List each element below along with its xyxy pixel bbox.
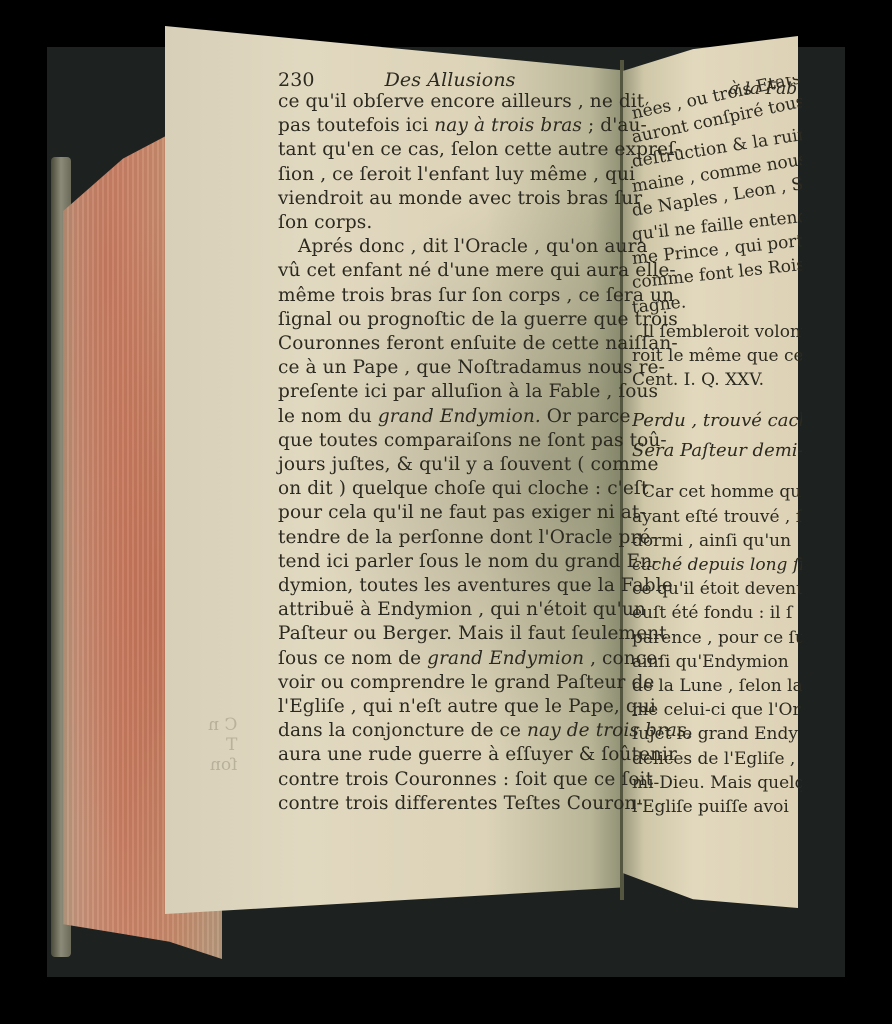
show-through-text: C n T ſon: [208, 715, 237, 775]
running-head: 230 Des Allusions: [278, 68, 628, 92]
text-run: pas toutefois ici: [278, 115, 434, 136]
italic-run: grand Endymion: [427, 648, 584, 669]
right-page-text: à la Fab nées , ou trois Etats M auront …: [632, 77, 802, 819]
text-line: ſignal ou prognoſtic de la guerre que tr…: [278, 308, 628, 332]
text-line: de la Lune , ſelon la: [632, 674, 802, 698]
text-line: ſon corps.: [278, 211, 628, 235]
text-line: aura une rude guerre à eſſuyer & ſoûteni…: [278, 743, 628, 767]
text-line: le nom du grand Endymion. Or parce: [278, 405, 628, 429]
text-line: me celui-ci que l'Or: [632, 698, 802, 722]
spacer: [632, 392, 802, 406]
text-line: ce qu'il étoit devenu: [632, 577, 802, 601]
paragraph-start-line: Il ſembleroit volont: [632, 320, 802, 344]
text-line: l'Egliſe puiſſe avoi: [632, 795, 802, 819]
text-line: tendre de la perſonne dont l'Oracle pré-: [278, 526, 628, 550]
text-line: pour cela qu'il ne faut pas exiger ni at…: [278, 501, 628, 525]
text-line: contre trois differentes Teſtes Couron-: [278, 792, 628, 816]
text-line: parence , pour ce ſuje: [632, 626, 802, 650]
text-line: jours juſtes, & qu'il y a ſouvent ( comm…: [278, 453, 628, 477]
text-line: l'Egliſe , qui n'eſt autre que le Pape, …: [278, 695, 628, 719]
text-line: euſt été fondu : il ſ: [632, 601, 802, 625]
text-line: ainſi qu'Endymion: [632, 650, 802, 674]
citation-line: Cent. I. Q. XXV.: [632, 368, 802, 392]
paragraph-start-line: Aprés donc , dit l'Oracle , qu'on aura: [278, 235, 628, 259]
text-line: dormi , ainſi qu'un: [632, 529, 802, 553]
italic-run: grand Endymion.: [378, 406, 541, 427]
text-run: Or parce: [541, 406, 631, 427]
text-line: ſion , ce ſeroit l'enfant luy même , qui: [278, 163, 628, 187]
text-line: roit le même que celu: [632, 344, 802, 368]
text-line: ayant eſté trouvé , ſa: [632, 505, 802, 529]
text-line: vû cet enfant né d'une mere qui aura ell…: [278, 259, 628, 283]
quatrain-line: Sera Paſteur demi-: [632, 436, 802, 466]
spacer: [632, 466, 802, 480]
text-line: viendroit au monde avec trois bras ſur: [278, 187, 628, 211]
text-line: Paſteur ou Berger. Mais il faut ſeulemen…: [278, 622, 628, 646]
text-line: preſente ici par alluſion à la Fable , ſ…: [278, 380, 628, 404]
text-line: dans la conjoncture de ce nay de trois b…: [278, 719, 628, 743]
text-line: ſujet le grand Endy: [632, 722, 802, 746]
text-line: tend ici parler ſous le nom du grand En-: [278, 550, 628, 574]
text-line: Couronnes feront enſuite de cette naiſſa…: [278, 332, 628, 356]
text-line: que toutes comparaiſons ne ſont pas toû-: [278, 429, 628, 453]
text-run: ſous ce nom de: [278, 648, 427, 669]
running-head-title: Des Allusions: [385, 68, 516, 92]
paragraph-start-line: Car cet homme qu': [632, 480, 802, 504]
text-line: même trois bras ſur ſon corps , ce ſera …: [278, 284, 628, 308]
quatrain-line: Perdu , trouvé cach: [632, 406, 802, 436]
left-page-text: 230 Des Allusions ce qu'il obſerve encor…: [278, 68, 628, 816]
text-run: le nom du: [278, 406, 378, 427]
text-line: on dit ) quelque choſe qui cloche : c'eſ…: [278, 477, 628, 501]
show-through-line: T: [208, 735, 237, 755]
text-line: ſous ce nom de grand Endymion , conce-: [278, 647, 628, 671]
show-through-line: C n: [208, 715, 237, 735]
text-line: tant qu'en ce cas, ſelon cette autre exp…: [278, 138, 628, 162]
text-line: voir ou comprendre le grand Paſteur de: [278, 671, 628, 695]
text-line: delices de l'Egliſe ,: [632, 747, 802, 771]
text-line: contre trois Couronnes : ſoit que ce ſoi…: [278, 768, 628, 792]
text-run: dans la conjoncture de ce: [278, 720, 527, 741]
text-line: ce qu'il obſerve encore ailleurs , ne di…: [278, 90, 628, 114]
text-line: caché depuis long ſiecle: [632, 553, 802, 577]
show-through-line: ſon: [208, 755, 237, 775]
text-line: attribuë à Endymion , qui n'étoit qu'un: [278, 598, 628, 622]
text-line: pas toutefois ici nay à trois bras ; d'a…: [278, 114, 628, 138]
italic-run: nay à trois bras: [434, 115, 582, 136]
page-number: 230: [278, 68, 315, 92]
text-line: dymion, toutes les aventures que la Fabl…: [278, 574, 628, 598]
text-line: ce à un Pape , que Noſtradamus nous re-: [278, 356, 628, 380]
text-line: mi-Dieu. Mais quelq: [632, 771, 802, 795]
